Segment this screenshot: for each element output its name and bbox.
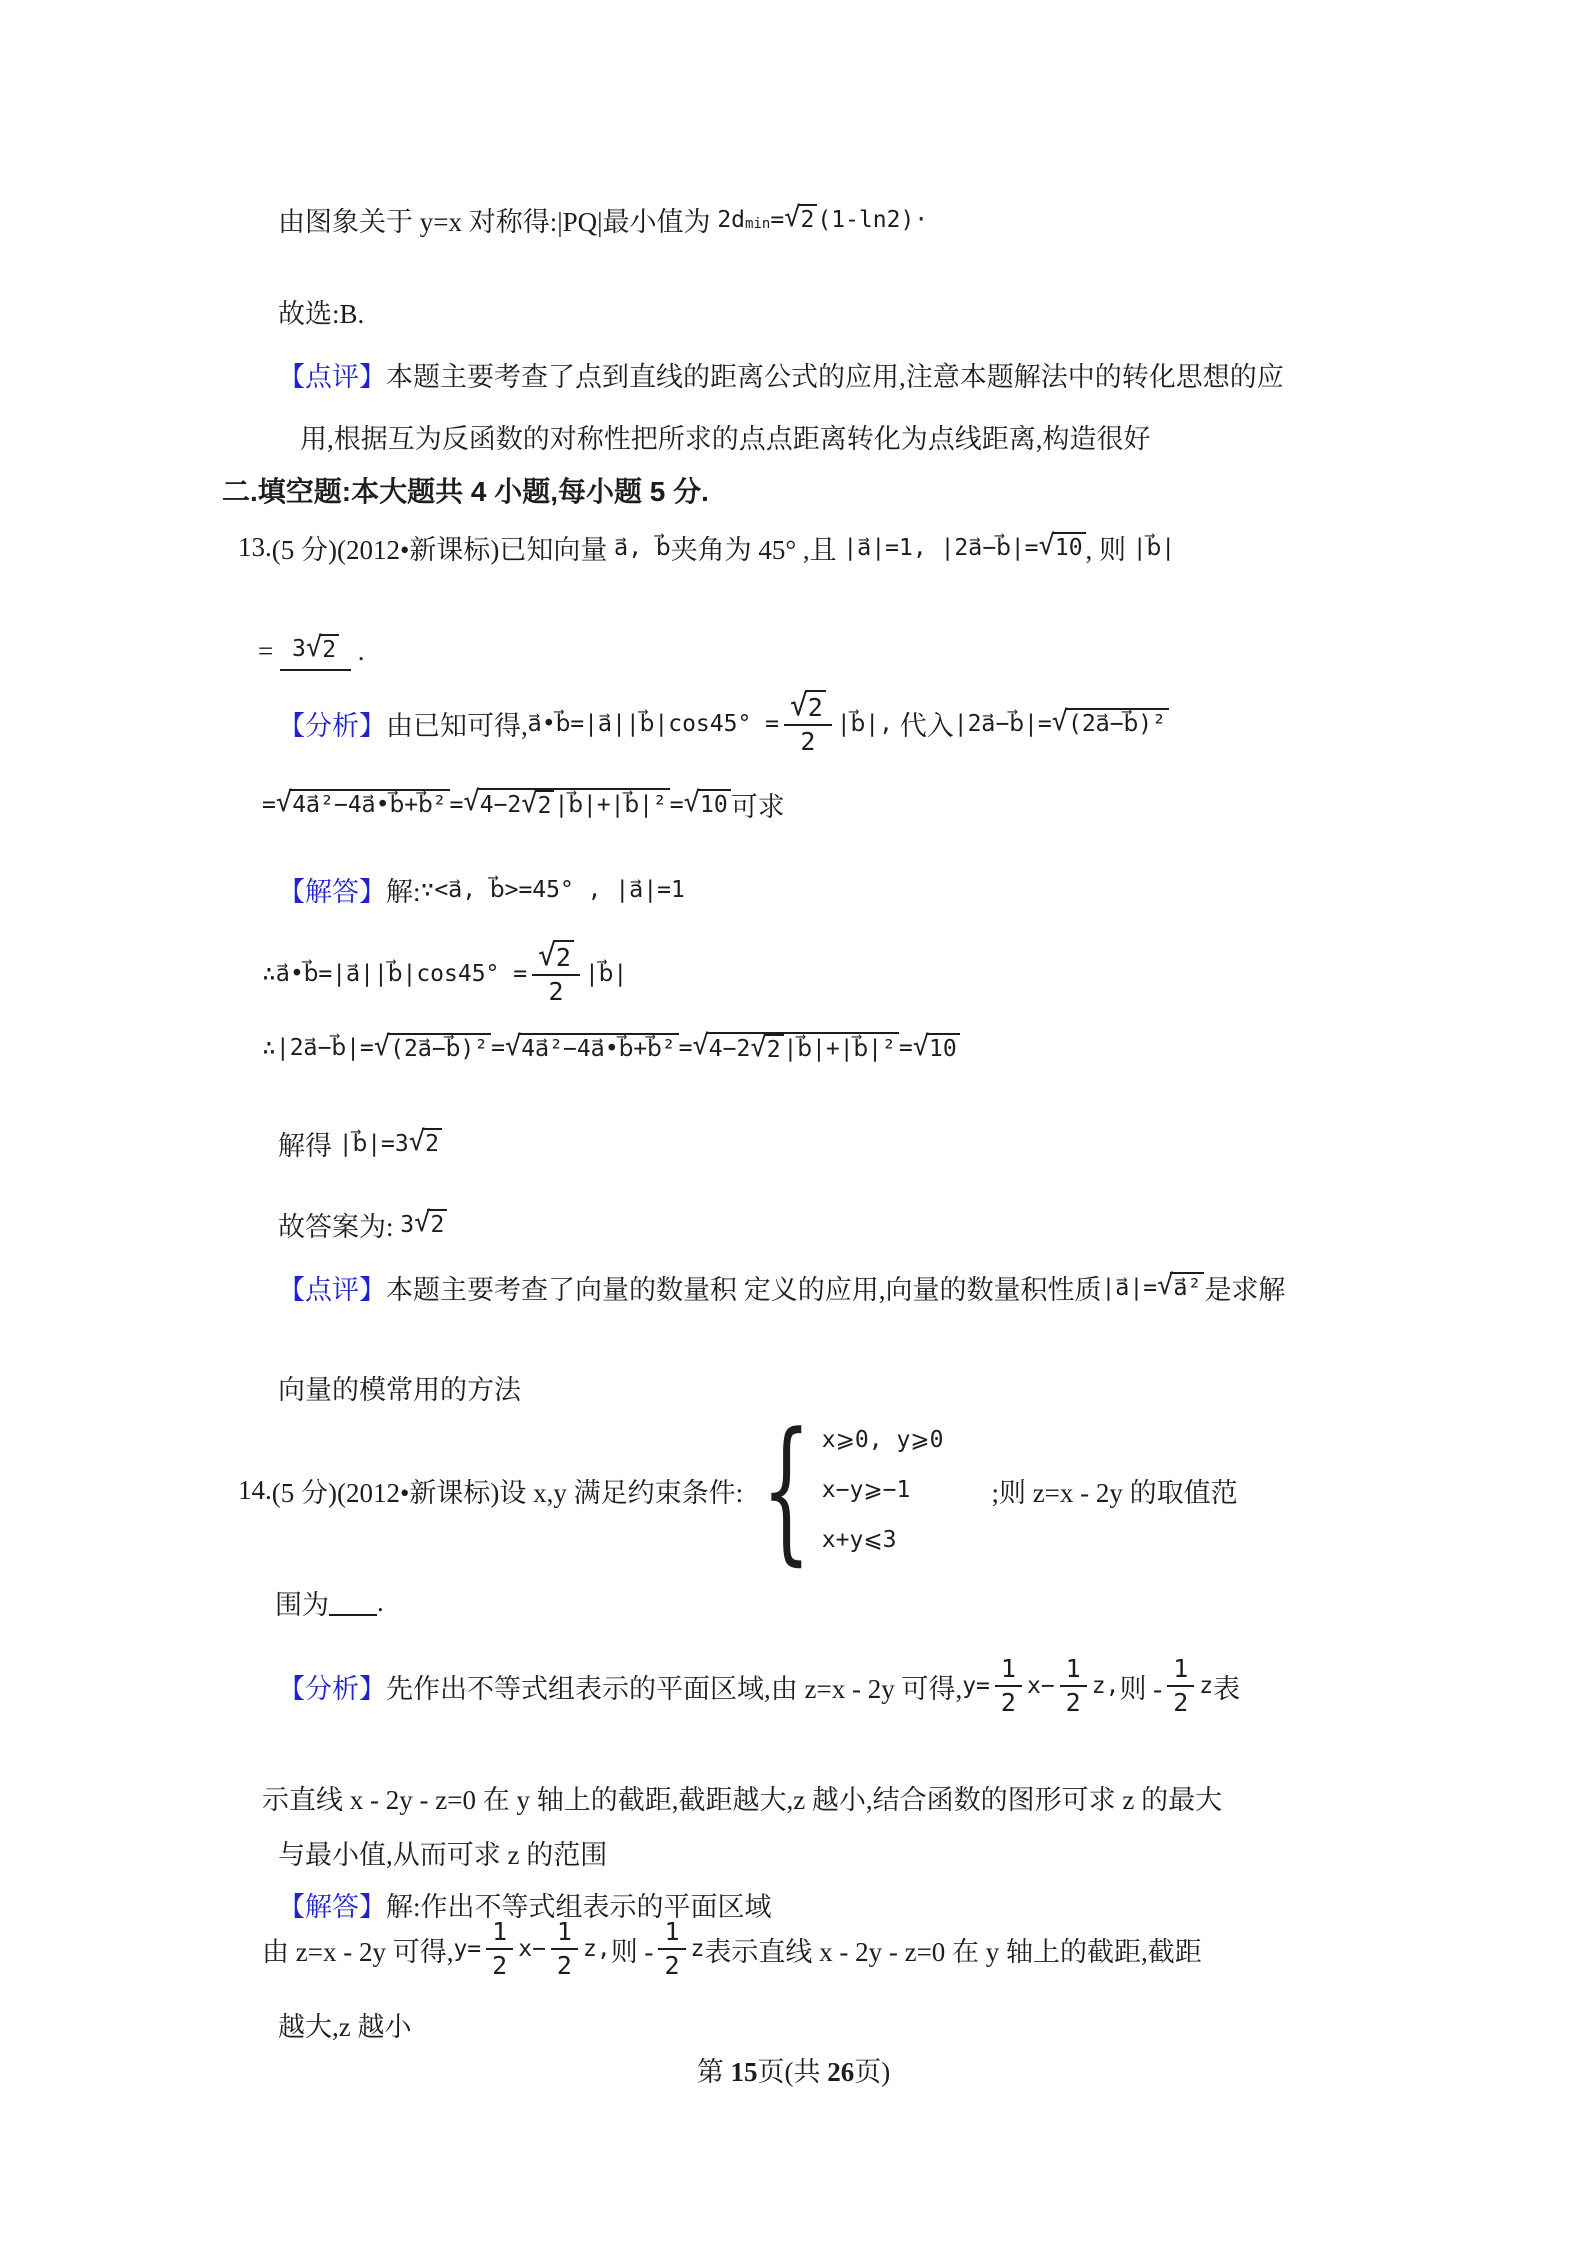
fraction-sqrt2-2: 22 [532, 940, 580, 1007]
text: 由图象关于 y=x 对称得:|PQ|最小值为 [278, 200, 717, 239]
fraction-half: 12 [658, 1918, 685, 1981]
text: 可求 [731, 785, 785, 824]
nested-radical: 2 [521, 790, 554, 821]
fraction-sqrt2-2: 22 [784, 690, 832, 757]
comment-label: 【点评】 [278, 1268, 386, 1307]
pq-min-line: 由图象关于 y=x 对称得:|PQ|最小值为 2dmin=2(1-ln2)· [278, 200, 928, 239]
page-number: 15 [731, 2057, 758, 2087]
denominator: 2 [548, 976, 563, 1007]
text: 故答案为: [278, 1205, 400, 1244]
comment-line-1: 【点评】本题主要考查了点到直线的距离公式的应用,注意本题解法中的转化思想的应 [278, 355, 1284, 394]
formula: x− [1027, 1673, 1055, 1699]
equals: = [262, 792, 276, 818]
total-pages: 26 [827, 2057, 854, 2087]
text: 代入 [893, 704, 954, 743]
radicand-composite: 4−22|b⃗|+|b⃗|² [477, 788, 670, 821]
text: (5 分)(2012•新课标)已知向量 [272, 528, 614, 567]
text: 是求解 [1204, 1268, 1285, 1307]
formula: x− [518, 1936, 546, 1962]
fraction-half: 12 [1060, 1655, 1087, 1718]
radicand: 2 [798, 204, 818, 235]
numerator: 1 [1060, 1655, 1087, 1687]
numerator: 1 [486, 1918, 513, 1950]
radicand: 2 [553, 940, 574, 973]
radicand: 4a⃗²−4a⃗•b⃗+b⃗² [289, 789, 449, 820]
radicand-composite: 4−22|b⃗|+|b⃗|² [706, 1032, 899, 1065]
numerator: 1 [1167, 1655, 1194, 1687]
formula: |b⃗| [585, 961, 627, 987]
coefficient: 3 [292, 636, 306, 662]
formula: z, [583, 1936, 611, 1962]
q13-solution-line-3: ∴|2a⃗−b⃗|=(2a⃗−b⃗)²=4a⃗²−4a⃗•b⃗+b⃗²=4−22… [262, 1032, 960, 1065]
term: 2d [717, 207, 745, 233]
text: 故选:B. [278, 292, 364, 331]
text: 越大,z 越小 [278, 2005, 411, 2044]
question-number: 13. [238, 532, 272, 563]
denominator: 2 [1066, 1687, 1081, 1718]
page-footer: 第 15页(共 26页) [0, 2050, 1587, 2089]
radicand: 2 [535, 790, 555, 821]
q14-solution-line-2: 由 z=x - 2y 可得,y=12x−12z,则 -12z表示直线 x - 2… [262, 1918, 1202, 1981]
formula: ∴|2a⃗−b⃗|= [262, 1035, 374, 1061]
formula: |2a⃗−b⃗|= [954, 711, 1052, 737]
denominator: 2 [492, 1950, 507, 1981]
question-number: 14. [238, 1475, 272, 1506]
equals: = [258, 636, 280, 667]
formula: z [691, 1936, 705, 1962]
numerator: 2 [532, 940, 580, 976]
constraint-3: x+y⩽3 [822, 1527, 897, 1553]
radicand: 4a⃗²−4a⃗•b⃗+b⃗² [518, 1033, 678, 1064]
question-14-answer-line: 围为. [275, 1583, 384, 1622]
footer-text: 第 [697, 2057, 731, 2087]
text: 解: [386, 870, 421, 909]
q13-solution-line-1: 【解答】解:∵<a⃗, b⃗>=45° , |a⃗|=1 [278, 870, 685, 909]
text: 本题主要考查了点到直线的距离公式的应用,注意本题解法中的转化思想的应 [386, 355, 1284, 394]
q13-comment-line-1: 【点评】本题主要考查了向量的数量积 定义的应用,向量的数量积性质|a⃗|=a⃗²… [278, 1268, 1285, 1307]
text: (5 分)(2012•新课标)设 x,y 满足约束条件: [272, 1471, 743, 1510]
q14-solution-line-3: 越大,z 越小 [278, 2005, 411, 2044]
radical: 10 [684, 789, 731, 820]
fraction-half: 12 [995, 1655, 1022, 1718]
text: 表 [1213, 1667, 1240, 1706]
radical: 2 [409, 1128, 442, 1159]
radicand: 2 [764, 1034, 784, 1065]
radicand: 2 [422, 1128, 442, 1159]
equals: = [450, 792, 464, 818]
numerator: 1 [995, 1655, 1022, 1687]
coefficient: 3 [400, 1212, 414, 1238]
radical: 2 [414, 1209, 447, 1240]
radical: 4−22|b⃗|+|b⃗|² [463, 788, 669, 821]
term: |b⃗|+|b⃗|² [554, 792, 666, 818]
fraction-half: 12 [486, 1918, 513, 1981]
constraint-1: x⩾0, y⩾0 [822, 1427, 944, 1453]
text: 则 - [1119, 1667, 1162, 1706]
text: 解得 [278, 1124, 339, 1163]
formula: ∵<a⃗, b⃗>=45° , |a⃗|=1 [421, 877, 685, 903]
text: 表示直线 x - 2y - z=0 在 y 轴上的截距,截距 [704, 1930, 1201, 1969]
q13-solution-line-2: ∴a⃗•b⃗=|a⃗||b⃗|cos45° =22|b⃗| [262, 940, 627, 1007]
denominator: 2 [1001, 1687, 1016, 1718]
constraint-system: x⩾0, y⩾0x−y⩾−1x+y⩽3 [822, 1427, 944, 1553]
text: 用,根据互为反函数的对称性把所求的点点距离转化为点线距离,构造很好 [300, 417, 1151, 456]
section-heading: 二.填空题:本大题共 4 小题,每小题 5 分. [222, 470, 709, 510]
text: 本题主要考查了向量的数量积 定义的应用,向量的数量积性质 [386, 1268, 1102, 1307]
numerator: 2 [784, 690, 832, 726]
formula: z, [1092, 1673, 1120, 1699]
equals: = [770, 207, 784, 233]
radical: 2 [306, 634, 339, 665]
formula: y= [453, 1936, 481, 1962]
denominator: 2 [664, 1950, 679, 1981]
solution-label: 【解答】 [278, 870, 386, 909]
text: 先作出不等式组表示的平面区域,由 z=x - 2y 可得, [386, 1667, 962, 1706]
numerator: 1 [658, 1918, 685, 1950]
formula: |b⃗|=3 [339, 1131, 409, 1157]
analysis-label: 【分析】 [278, 704, 386, 743]
underlined-answer: 32 [280, 633, 351, 671]
radicand: 2 [319, 634, 339, 665]
nested-radical: 2 [750, 1034, 783, 1065]
text: 由已知可得, [386, 704, 528, 743]
comment-line-2: 用,根据互为反函数的对称性把所求的点点距离转化为点线距离,构造很好 [300, 417, 1151, 456]
term: 4−2 [480, 792, 522, 818]
radical: 2 [790, 690, 826, 723]
radicand: 10 [926, 1033, 960, 1064]
text: 则 - [611, 1930, 654, 1969]
formula: |b⃗|, [837, 711, 893, 737]
constraint-2: x−y⩾−1 [822, 1477, 911, 1503]
equals: = [899, 1035, 913, 1061]
radical: a⃗² [1157, 1272, 1204, 1303]
section-title: 二.填空题:本大题共 4 小题,每小题 5 分. [222, 470, 709, 510]
formula-2dmin: 2dmin=2(1-ln2)· [717, 204, 928, 235]
text: 由 z=x - 2y 可得, [262, 1930, 453, 1969]
radicand: (2a⃗−b⃗)² [1065, 708, 1169, 739]
formula: y= [962, 1673, 990, 1699]
radical: (2a⃗−b⃗)² [1052, 708, 1169, 739]
period: . [377, 1587, 384, 1618]
numerator: 1 [551, 1918, 578, 1950]
footer-text: 页(共 [758, 2057, 828, 2087]
radical: 2 [538, 940, 574, 973]
term: |b⃗|+|b⃗|² [784, 1036, 896, 1062]
question-13-answer: = 32 . [258, 633, 365, 671]
text: 与最小值,从而可求 z 的范围 [278, 1833, 607, 1872]
q13-analysis-line-2: =4a⃗²−4a⃗•b⃗+b⃗²=4−22|b⃗|+|b⃗|²=10可求 [262, 785, 785, 824]
fraction-half: 12 [551, 1918, 578, 1981]
choice-line: 故选:B. [278, 292, 364, 331]
radicand: 10 [1052, 532, 1086, 563]
radical: 4a⃗²−4a⃗•b⃗+b⃗² [276, 789, 450, 820]
radicand: 2 [427, 1209, 447, 1240]
term: (1-ln2)· [817, 207, 928, 233]
text: 围为 [275, 1583, 329, 1622]
text: , 则 [1086, 528, 1133, 567]
q14-analysis-line-3: 与最小值,从而可求 z 的范围 [278, 1833, 607, 1872]
question-13: 13.(5 分)(2012•新课标)已知向量 a⃗, b⃗夹角为 45° ,且 … [238, 528, 1175, 567]
formula: ∴a⃗•b⃗=|a⃗||b⃗|cos45° = [262, 961, 527, 987]
equals: = [679, 1035, 693, 1061]
formula: a⃗•b⃗=|a⃗||b⃗|cos45° = [528, 711, 779, 737]
radicand: 2 [805, 690, 826, 723]
question-14: 14.(5 分)(2012•新课标)设 x,y 满足约束条件:{x⩾0, y⩾0… [238, 1400, 1238, 1580]
formula: z [1199, 1673, 1213, 1699]
denominator: 2 [1173, 1687, 1188, 1718]
radical: 4−22|b⃗|+|b⃗|² [692, 1032, 898, 1065]
formula: |b⃗| [1133, 535, 1175, 561]
radical: 4a⃗²−4a⃗•b⃗+b⃗² [505, 1033, 679, 1064]
document-page: 由图象关于 y=x 对称得:|PQ|最小值为 2dmin=2(1-ln2)· 故… [0, 0, 1587, 2245]
vector-b: b⃗ [642, 535, 670, 561]
radicand: (2a⃗−b⃗)² [387, 1033, 491, 1064]
q13-solution-line-4: 解得 |b⃗|=32 [278, 1124, 442, 1163]
q14-analysis-line-2: 示直线 x - 2y - z=0 在 y 轴上的截距,截距越大,z 越小,结合函… [262, 1778, 1222, 1817]
vector-a: a⃗, [614, 535, 642, 561]
radical: (2a⃗−b⃗)² [374, 1033, 491, 1064]
radicand: a⃗² [1170, 1272, 1204, 1303]
denominator: 2 [800, 726, 815, 757]
comment-label: 【点评】 [278, 355, 386, 394]
text: 示直线 x - 2y - z=0 在 y 轴上的截距,截距越大,z 越小,结合函… [262, 1778, 1222, 1817]
q14-analysis-line-1: 【分析】先作出不等式组表示的平面区域,由 z=x - 2y 可得,y=12x−1… [278, 1655, 1240, 1718]
equals: = [491, 1035, 505, 1061]
left-brace: { [762, 1426, 811, 1553]
term: 4−2 [709, 1036, 751, 1062]
formula: |a⃗|=1, |2a⃗−b⃗|= [843, 535, 1038, 561]
period: . [351, 636, 365, 667]
q13-analysis-line-1: 【分析】由已知可得,a⃗•b⃗=|a⃗||b⃗|cos45° =22|b⃗|, … [278, 690, 1169, 757]
analysis-label: 【分析】 [278, 1667, 386, 1706]
footer-text: 页) [854, 2057, 890, 2087]
denominator: 2 [557, 1950, 572, 1981]
equals: = [670, 792, 684, 818]
answer-blank [329, 1589, 377, 1617]
fraction-half: 12 [1167, 1655, 1194, 1718]
text: 夹角为 45° ,且 [671, 528, 844, 567]
text: ;则 z=x - 2y 的取值范 [991, 1471, 1237, 1510]
q13-solution-line-5: 故答案为: 32 [278, 1205, 447, 1244]
radicand: 10 [697, 789, 731, 820]
radical: 10 [1039, 532, 1086, 563]
radical: 10 [913, 1033, 960, 1064]
radical: 2 [784, 204, 817, 235]
formula: |a⃗|= [1102, 1275, 1158, 1301]
subscript-min: min [745, 216, 770, 232]
